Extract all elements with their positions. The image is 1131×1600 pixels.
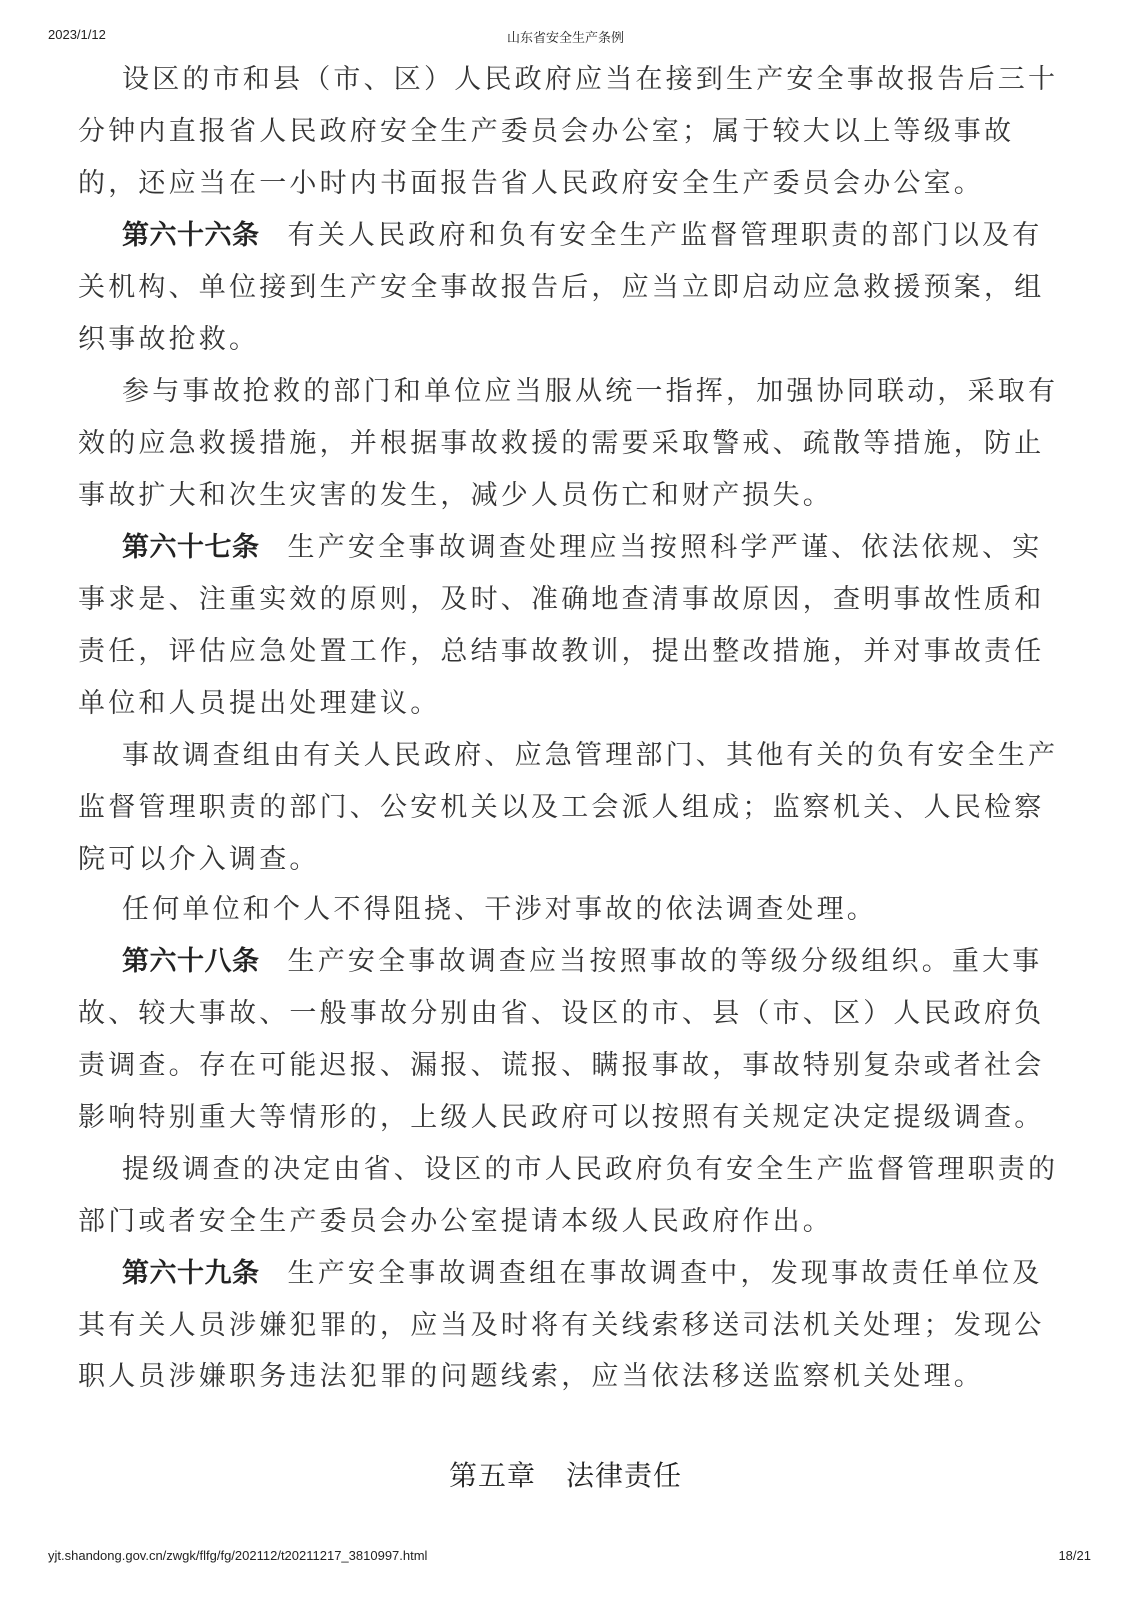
text-line: 单位和人员提出处理建议。: [78, 684, 440, 724]
text-line: 职人员涉嫌职务违法犯罪的问题线索，应当依法移送监察机关处理。: [78, 1357, 984, 1397]
text-line: 织事故抢救。: [78, 320, 259, 360]
line-text: 院可以介入调查。: [78, 844, 320, 875]
line-text: 分钟内直报省人民政府安全生产委员会办公室；属于较大以上等级事故: [78, 116, 1014, 147]
text-line: 责任，评估应急处置工作，总结事故教训，提出整改措施，并对事故责任: [78, 632, 1044, 672]
line-text: 设区的市和县（市、区）人民政府应当在接到生产安全事故报告后三十: [122, 64, 1058, 95]
line-text: 事求是、注重实效的原则，及时、准确地查清事故原因，查明事故性质和: [78, 584, 1044, 615]
line-text: 生产安全事故调查组在事故调查中，发现事故责任单位及: [288, 1258, 1043, 1289]
text-line: 部门或者安全生产委员会办公室提请本级人民政府作出。: [78, 1202, 833, 1242]
text-line: 设区的市和县（市、区）人民政府应当在接到生产安全事故报告后三十: [122, 60, 1058, 100]
text-line: 责调查。存在可能迟报、漏报、谎报、瞒报事故，事故特别复杂或者社会: [78, 1046, 1044, 1086]
article-number: 第六十七条: [122, 532, 260, 563]
line-text: 生产安全事故调查应当按照事故的等级分级组织。重大事: [288, 946, 1043, 977]
text-line: 分钟内直报省人民政府安全生产委员会办公室；属于较大以上等级事故: [78, 112, 1014, 152]
line-text: 责调查。存在可能迟报、漏报、谎报、瞒报事故，事故特别复杂或者社会: [78, 1050, 1044, 1081]
page-number: 18/21: [1058, 1548, 1091, 1563]
chapter-heading: 第五章法律责任: [0, 1454, 1131, 1494]
article-line: 第六十九条生产安全事故调查组在事故调查中，发现事故责任单位及: [122, 1254, 1043, 1294]
line-text: 事故扩大和次生灾害的发生，减少人员伤亡和财产损失。: [78, 480, 833, 511]
line-text: 的，还应当在一小时内书面报告省人民政府安全生产委员会办公室。: [78, 168, 984, 199]
text-line: 的，还应当在一小时内书面报告省人民政府安全生产委员会办公室。: [78, 164, 984, 204]
article-number: 第六十九条: [122, 1258, 260, 1289]
text-line: 故、较大事故、一般事故分别由省、设区的市、县（市、区）人民政府负: [78, 994, 1044, 1034]
text-line: 事故调查组由有关人民政府、应急管理部门、其他有关的负有安全生产: [122, 736, 1058, 776]
line-text: 单位和人员提出处理建议。: [78, 688, 440, 719]
chapter-number: 第五章: [449, 1459, 536, 1492]
article-line: 第六十八条生产安全事故调查应当按照事故的等级分级组织。重大事: [122, 942, 1043, 982]
line-text: 职人员涉嫌职务违法犯罪的问题线索，应当依法移送监察机关处理。: [78, 1361, 984, 1392]
text-line: 其有关人员涉嫌犯罪的，应当及时将有关线索移送司法机关处理；发现公: [78, 1306, 1044, 1346]
text-line: 任何单位和个人不得阻挠、干涉对事故的依法调查处理。: [122, 890, 877, 930]
chapter-title: 法律责任: [566, 1459, 682, 1492]
text-line: 效的应急救援措施，并根据事故救援的需要采取警戒、疏散等措施，防止: [78, 424, 1044, 464]
text-line: 参与事故抢救的部门和单位应当服从统一指挥，加强协同联动，采取有: [122, 372, 1058, 412]
article-line: 第六十七条生产安全事故调查处理应当按照科学严谨、依法依规、实: [122, 528, 1043, 568]
text-line: 事求是、注重实效的原则，及时、准确地查清事故原因，查明事故性质和: [78, 580, 1044, 620]
line-text: 参与事故抢救的部门和单位应当服从统一指挥，加强协同联动，采取有: [122, 376, 1058, 407]
text-line: 关机构、单位接到生产安全事故报告后，应当立即启动应急救援预案，组: [78, 268, 1044, 308]
line-text: 生产安全事故调查处理应当按照科学严谨、依法依规、实: [288, 532, 1043, 563]
line-text: 提级调查的决定由省、设区的市人民政府负有安全生产监督管理职责的: [122, 1154, 1058, 1185]
line-text: 织事故抢救。: [78, 324, 259, 355]
text-line: 提级调查的决定由省、设区的市人民政府负有安全生产监督管理职责的: [122, 1150, 1058, 1190]
article-number: 第六十六条: [122, 220, 260, 251]
line-text: 其有关人员涉嫌犯罪的，应当及时将有关线索移送司法机关处理；发现公: [78, 1310, 1044, 1341]
line-text: 部门或者安全生产委员会办公室提请本级人民政府作出。: [78, 1206, 833, 1237]
source-url: yjt.shandong.gov.cn/zwgk/flfg/fg/202112/…: [48, 1548, 427, 1563]
line-text: 有关人民政府和负有安全生产监督管理职责的部门以及有: [288, 220, 1043, 251]
text-line: 影响特别重大等情形的，上级人民政府可以按照有关规定决定提级调查。: [78, 1098, 1044, 1138]
text-line: 监督管理职责的部门、公安机关以及工会派人组成；监察机关、人民检察: [78, 788, 1044, 828]
line-text: 影响特别重大等情形的，上级人民政府可以按照有关规定决定提级调查。: [78, 1102, 1044, 1133]
line-text: 故、较大事故、一般事故分别由省、设区的市、县（市、区）人民政府负: [78, 998, 1044, 1029]
document-title: 山东省安全生产条例: [0, 27, 1131, 46]
article-line: 第六十六条有关人民政府和负有安全生产监督管理职责的部门以及有: [122, 216, 1043, 256]
line-text: 监督管理职责的部门、公安机关以及工会派人组成；监察机关、人民检察: [78, 792, 1044, 823]
line-text: 任何单位和个人不得阻挠、干涉对事故的依法调查处理。: [122, 894, 877, 925]
line-text: 效的应急救援措施，并根据事故救援的需要采取警戒、疏散等措施，防止: [78, 428, 1044, 459]
line-text: 责任，评估应急处置工作，总结事故教训，提出整改措施，并对事故责任: [78, 636, 1044, 667]
text-line: 院可以介入调查。: [78, 840, 320, 880]
line-text: 关机构、单位接到生产安全事故报告后，应当立即启动应急救援预案，组: [78, 272, 1044, 303]
text-line: 事故扩大和次生灾害的发生，减少人员伤亡和财产损失。: [78, 476, 833, 516]
article-number: 第六十八条: [122, 946, 260, 977]
line-text: 事故调查组由有关人民政府、应急管理部门、其他有关的负有安全生产: [122, 740, 1058, 771]
